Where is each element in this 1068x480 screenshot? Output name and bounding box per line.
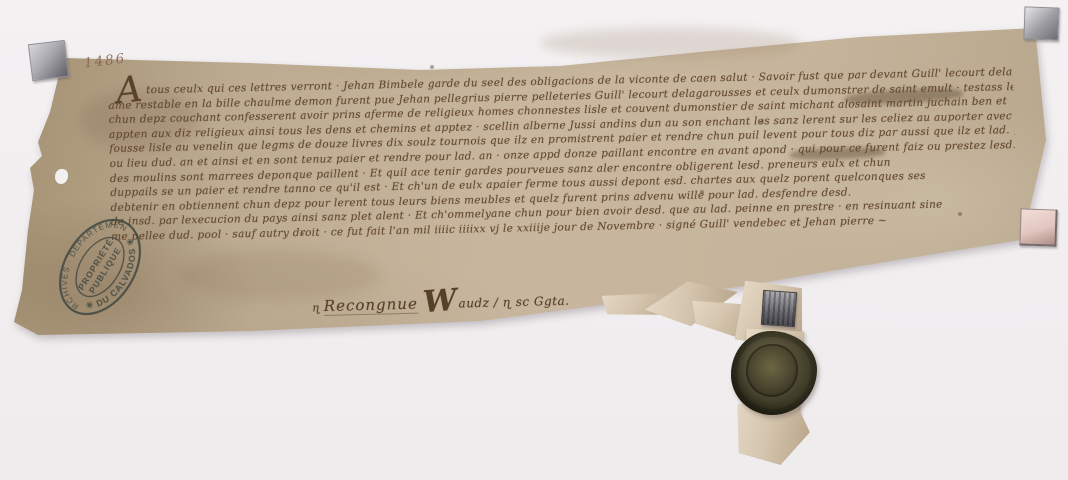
metal-clip-top-left — [28, 40, 69, 81]
metal-clip-seal-tag — [761, 290, 797, 327]
notary-signature: ɳRecongnueWaudz / ɳ sc Ggta. — [312, 278, 570, 320]
metal-clip-top-right — [1023, 6, 1059, 40]
charter-text-block: tous ceulx qui ces lettres verront · Jeh… — [108, 65, 1016, 244]
signature-flourish-text: audz / ɳ sc Ggta. — [458, 294, 569, 311]
signature-name: Recongnue — [324, 295, 419, 316]
metal-clip-right-middle — [1019, 208, 1057, 246]
speck — [430, 65, 434, 69]
signature-paraph-mark: ɳ — [312, 301, 320, 314]
digitized-charter-photo: 1486 A tous ceulx qui ces lettres verron… — [0, 0, 1068, 480]
signature-monogram: W — [421, 283, 454, 320]
wax-seal-impression — [746, 344, 798, 396]
